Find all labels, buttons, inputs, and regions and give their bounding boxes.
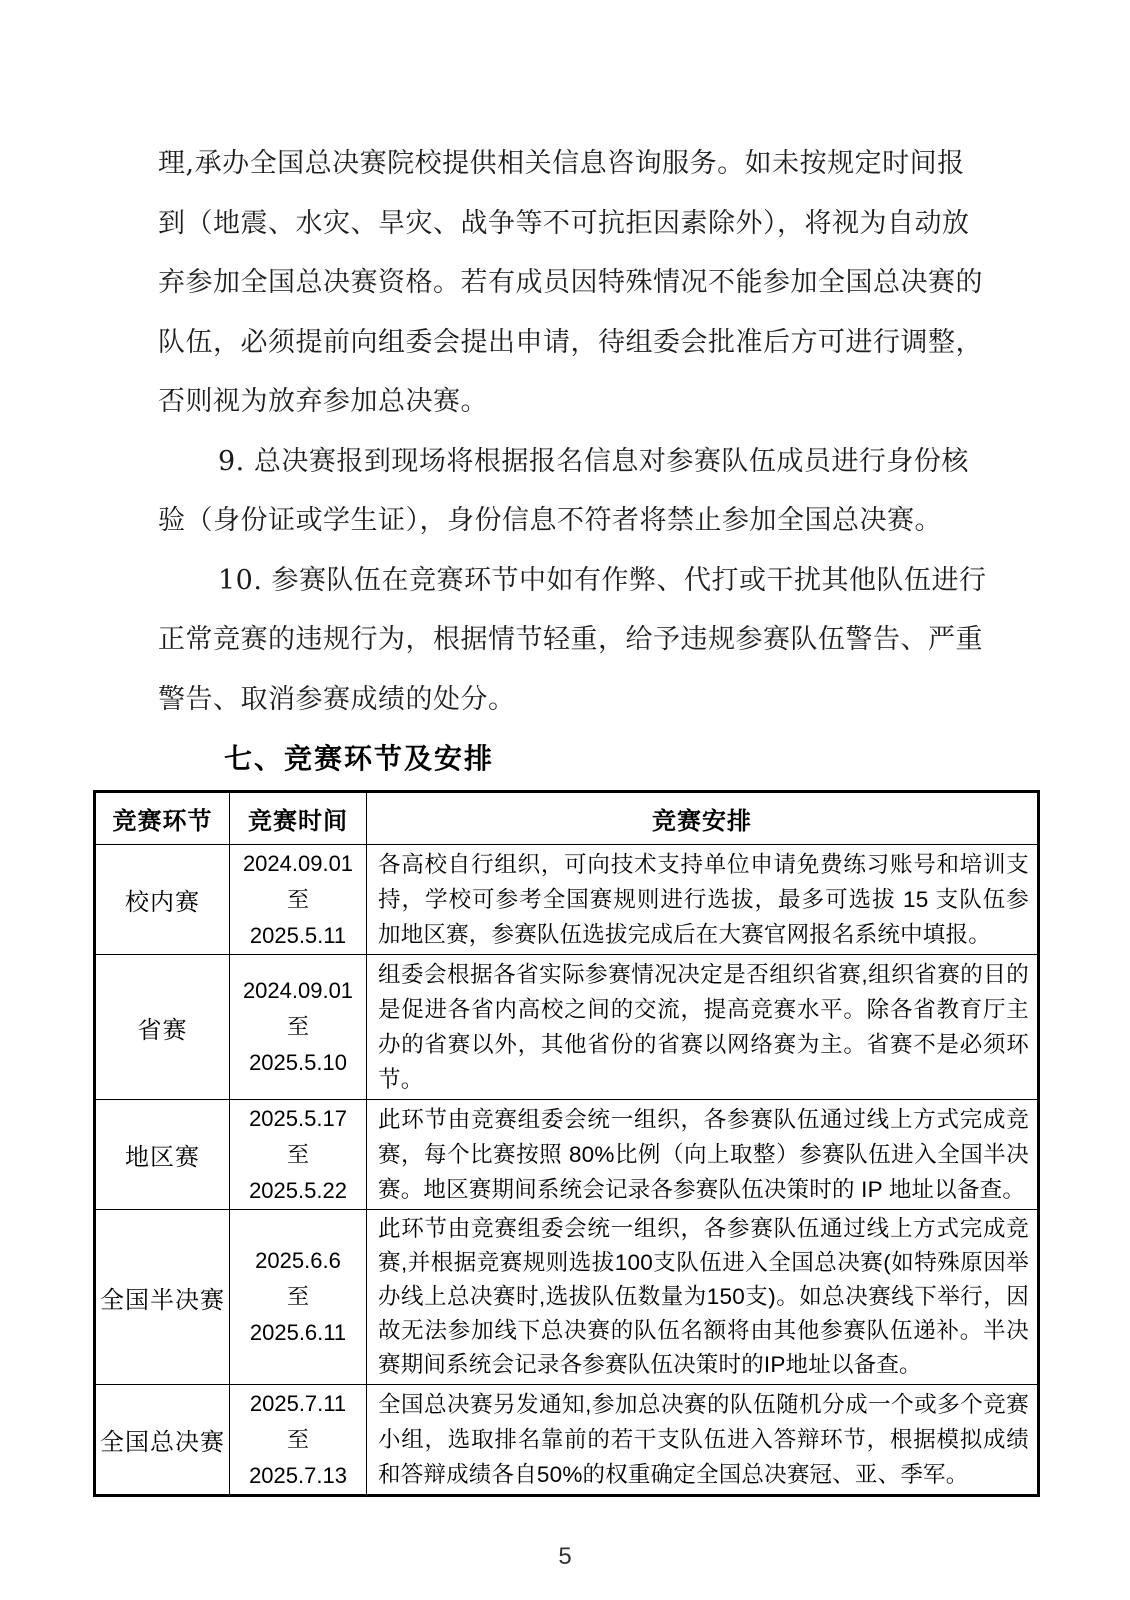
time-end: 2025.6.11	[230, 1315, 366, 1351]
time-start: 2025.6.6	[230, 1243, 366, 1279]
time-to: 至	[230, 1137, 366, 1173]
arrangement-cell: 此环节由竞赛组委会统一组织，各参赛队伍通过线上方式完成竞赛，每个比赛按照 80%…	[367, 1100, 1039, 1210]
time-cell: 2024.09.01 至 2025.5.11	[230, 845, 367, 955]
item9-line: 9. 总决赛报到现场将根据报名信息对参赛队伍成员进行身份核	[158, 432, 970, 492]
body-text-block: 理,承办全国总决赛院校提供相关信息咨询服务。如未按规定时间报 到（地震、水灾、旱…	[158, 134, 970, 789]
paragraph-continuation-line: 队伍，必须提前向组委会提出申请，待组委会批准后方可进行调整，	[158, 313, 970, 373]
table-row-final: 全国总决赛 2025.7.11 至 2025.7.13 全国总决赛另发通知,参加…	[95, 1385, 1039, 1496]
time-to: 至	[230, 1422, 366, 1458]
arrangement-cell: 组委会根据各省实际参赛情况决定是否组织省赛,组织省赛的目的是促进各省内高校之间的…	[367, 955, 1039, 1100]
time-end: 2025.5.10	[230, 1045, 366, 1081]
competition-schedule-table: 竞赛环节 竞赛时间 竞赛安排 校内赛 2024.09.01 至 2025.5.1…	[93, 790, 1040, 1497]
item9-line: 验（身份证或学生证），身份信息不符者将禁止参加全国总决赛。	[158, 491, 970, 551]
paragraph-continuation-line: 理,承办全国总决赛院校提供相关信息咨询服务。如未按规定时间报	[158, 134, 970, 194]
stage-cell: 全国半决赛	[95, 1210, 230, 1385]
paragraph-continuation-line: 弃参加全国总决赛资格。若有成员因特殊情况不能参加全国总决赛的	[158, 253, 970, 313]
stage-cell: 省赛	[95, 955, 230, 1100]
time-cell: 2025.6.6 至 2025.6.11	[230, 1210, 367, 1385]
time-end: 2025.5.22	[230, 1173, 366, 1209]
stage-cell: 地区赛	[95, 1100, 230, 1210]
document-page: 理,承办全国总决赛院校提供相关信息咨询服务。如未按规定时间报 到（地震、水灾、旱…	[0, 0, 1130, 1600]
arrangement-cell: 各高校自行组织，可向技术支持单位申请免费练习账号和培训支持，学校可参考全国赛规则…	[367, 845, 1039, 955]
time-cell: 2025.5.17 至 2025.5.22	[230, 1100, 367, 1210]
section-heading: 七、竞赛环节及安排	[158, 729, 970, 789]
time-to: 至	[230, 1279, 366, 1315]
paragraph-continuation-line: 到（地震、水灾、旱灾、战争等不可抗拒因素除外），将视为自动放	[158, 194, 970, 254]
page-number: 5	[0, 1543, 1130, 1571]
arrangement-cell: 此环节由竞赛组委会统一组织，各参赛队伍通过线上方式完成竞赛,并根据竞赛规则选拔1…	[367, 1210, 1039, 1385]
stage-cell: 校内赛	[95, 845, 230, 955]
table-header-row: 竞赛环节 竞赛时间 竞赛安排	[95, 792, 1039, 845]
table-row-regional: 地区赛 2025.5.17 至 2025.5.22 此环节由竞赛组委会统一组织，…	[95, 1100, 1039, 1210]
table-row-semifinal: 全国半决赛 2025.6.6 至 2025.6.11 此环节由竞赛组委会统一组织…	[95, 1210, 1039, 1385]
time-to: 至	[230, 1009, 366, 1045]
time-end: 2025.7.13	[230, 1458, 366, 1494]
time-end: 2025.5.11	[230, 918, 366, 954]
table-header-stage: 竞赛环节	[95, 792, 230, 845]
item10-line: 10. 参赛队伍在竞赛环节中如有作弊、代打或干扰其他队伍进行	[158, 551, 970, 611]
table-row-school: 校内赛 2024.09.01 至 2025.5.11 各高校自行组织，可向技术支…	[95, 845, 1039, 955]
time-start: 2025.7.11	[230, 1386, 366, 1422]
time-cell: 2024.09.01 至 2025.5.10	[230, 955, 367, 1100]
table-header-arrangement: 竞赛安排	[367, 792, 1039, 845]
time-start: 2024.09.01	[230, 846, 366, 882]
time-cell: 2025.7.11 至 2025.7.13	[230, 1385, 367, 1496]
arrangement-cell: 全国总决赛另发通知,参加总决赛的队伍随机分成一个或多个竞赛小组，选取排名靠前的若…	[367, 1385, 1039, 1496]
time-start: 2025.5.17	[230, 1101, 366, 1137]
item10-line: 警告、取消参赛成绩的处分。	[158, 670, 970, 730]
table-header-time: 竞赛时间	[230, 792, 367, 845]
table-row-province: 省赛 2024.09.01 至 2025.5.10 组委会根据各省实际参赛情况决…	[95, 955, 1039, 1100]
item10-line: 正常竞赛的违规行为，根据情节轻重，给予违规参赛队伍警告、严重	[158, 610, 970, 670]
time-to: 至	[230, 882, 366, 918]
time-start: 2024.09.01	[230, 973, 366, 1009]
paragraph-continuation-line: 否则视为放弃参加总决赛。	[158, 372, 970, 432]
stage-cell: 全国总决赛	[95, 1385, 230, 1496]
